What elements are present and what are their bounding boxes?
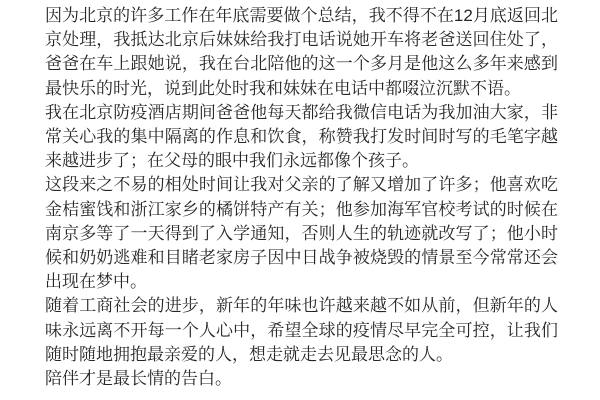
text-document: 因为北京的许多工作在年底需要做个总结，我不得不在12月底返回北京处理，我抵达北京… — [0, 0, 600, 400]
paragraph-1: 因为北京的许多工作在年底需要做个总结，我不得不在12月底返回北京处理，我抵达北京… — [45, 4, 558, 101]
paragraph-3: 这段来之不易的相处时间让我对父亲的了解又增加了许多；他喜欢吃金桔蜜饯和浙江家乡的… — [45, 173, 558, 294]
paragraph-2: 我在北京防疫酒店期间爸爸他每天都给我微信电话为我加油大家，非常关心我的集中隔离的… — [45, 101, 558, 174]
paragraph-4: 随着工商社会的进步，新年的年味也许越来越不如从前，但新年的人味永远离不开每一个人… — [45, 294, 558, 367]
paragraph-5: 陪伴才是最长情的告白。 — [45, 367, 558, 391]
